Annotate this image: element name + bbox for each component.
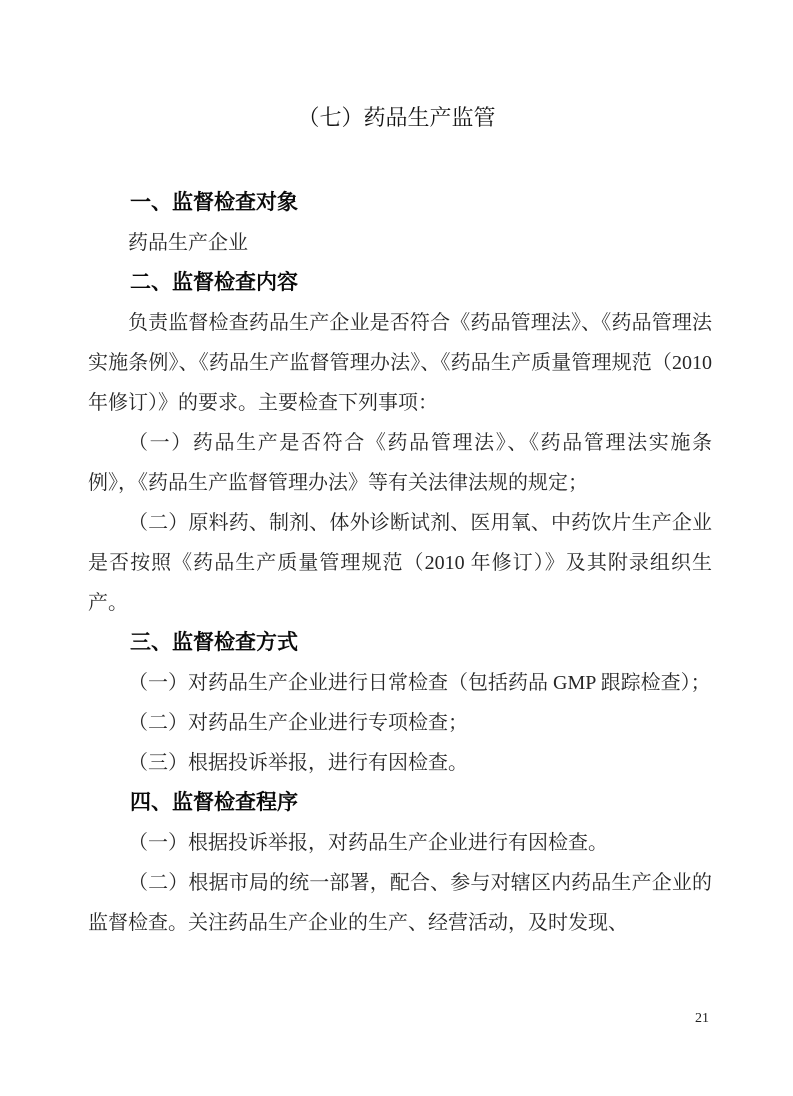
section-heading-4: 四、监督检查程序 (88, 783, 712, 823)
body-paragraph: （三）根据投诉举报，进行有因检查。 (88, 743, 712, 783)
body-paragraph: （一）药品生产是否符合《药品管理法》、《药品管理法实施条例》，《药品生产监督管理… (88, 423, 712, 503)
body-paragraph: （二）原料药、制剂、体外诊断试剂、医用氧、中药饮片生产企业是否按照《药品生产质量… (88, 503, 712, 623)
body-paragraph: （一）对药品生产企业进行日常检查（包括药品 GMP 跟踪检查）； (88, 663, 712, 703)
document-page: （七）药品生产监管 一、监督检查对象 药品生产企业 二、监督检查内容 负责监督检… (0, 0, 793, 1096)
section-heading-3: 三、监督检查方式 (88, 623, 712, 663)
page-number: 21 (695, 1008, 709, 1030)
section-heading-2: 二、监督检查内容 (88, 263, 712, 303)
body-paragraph: 药品生产企业 (88, 223, 712, 263)
body-paragraph: （一）根据投诉举报，对药品生产企业进行有因检查。 (88, 823, 712, 863)
section-heading-1: 一、监督检查对象 (88, 183, 712, 223)
document-title: （七）药品生产监管 (0, 98, 793, 138)
document-body: 一、监督检查对象 药品生产企业 二、监督检查内容 负责监督检查药品生产企业是否符… (88, 183, 712, 943)
body-paragraph: 负责监督检查药品生产企业是否符合《药品管理法》、《药品管理法实施条例》、《药品生… (88, 303, 712, 423)
body-paragraph: （二）对药品生产企业进行专项检查； (88, 703, 712, 743)
body-paragraph: （二）根据市局的统一部署，配合、参与对辖区内药品生产企业的监督检查。关注药品生产… (88, 863, 712, 943)
